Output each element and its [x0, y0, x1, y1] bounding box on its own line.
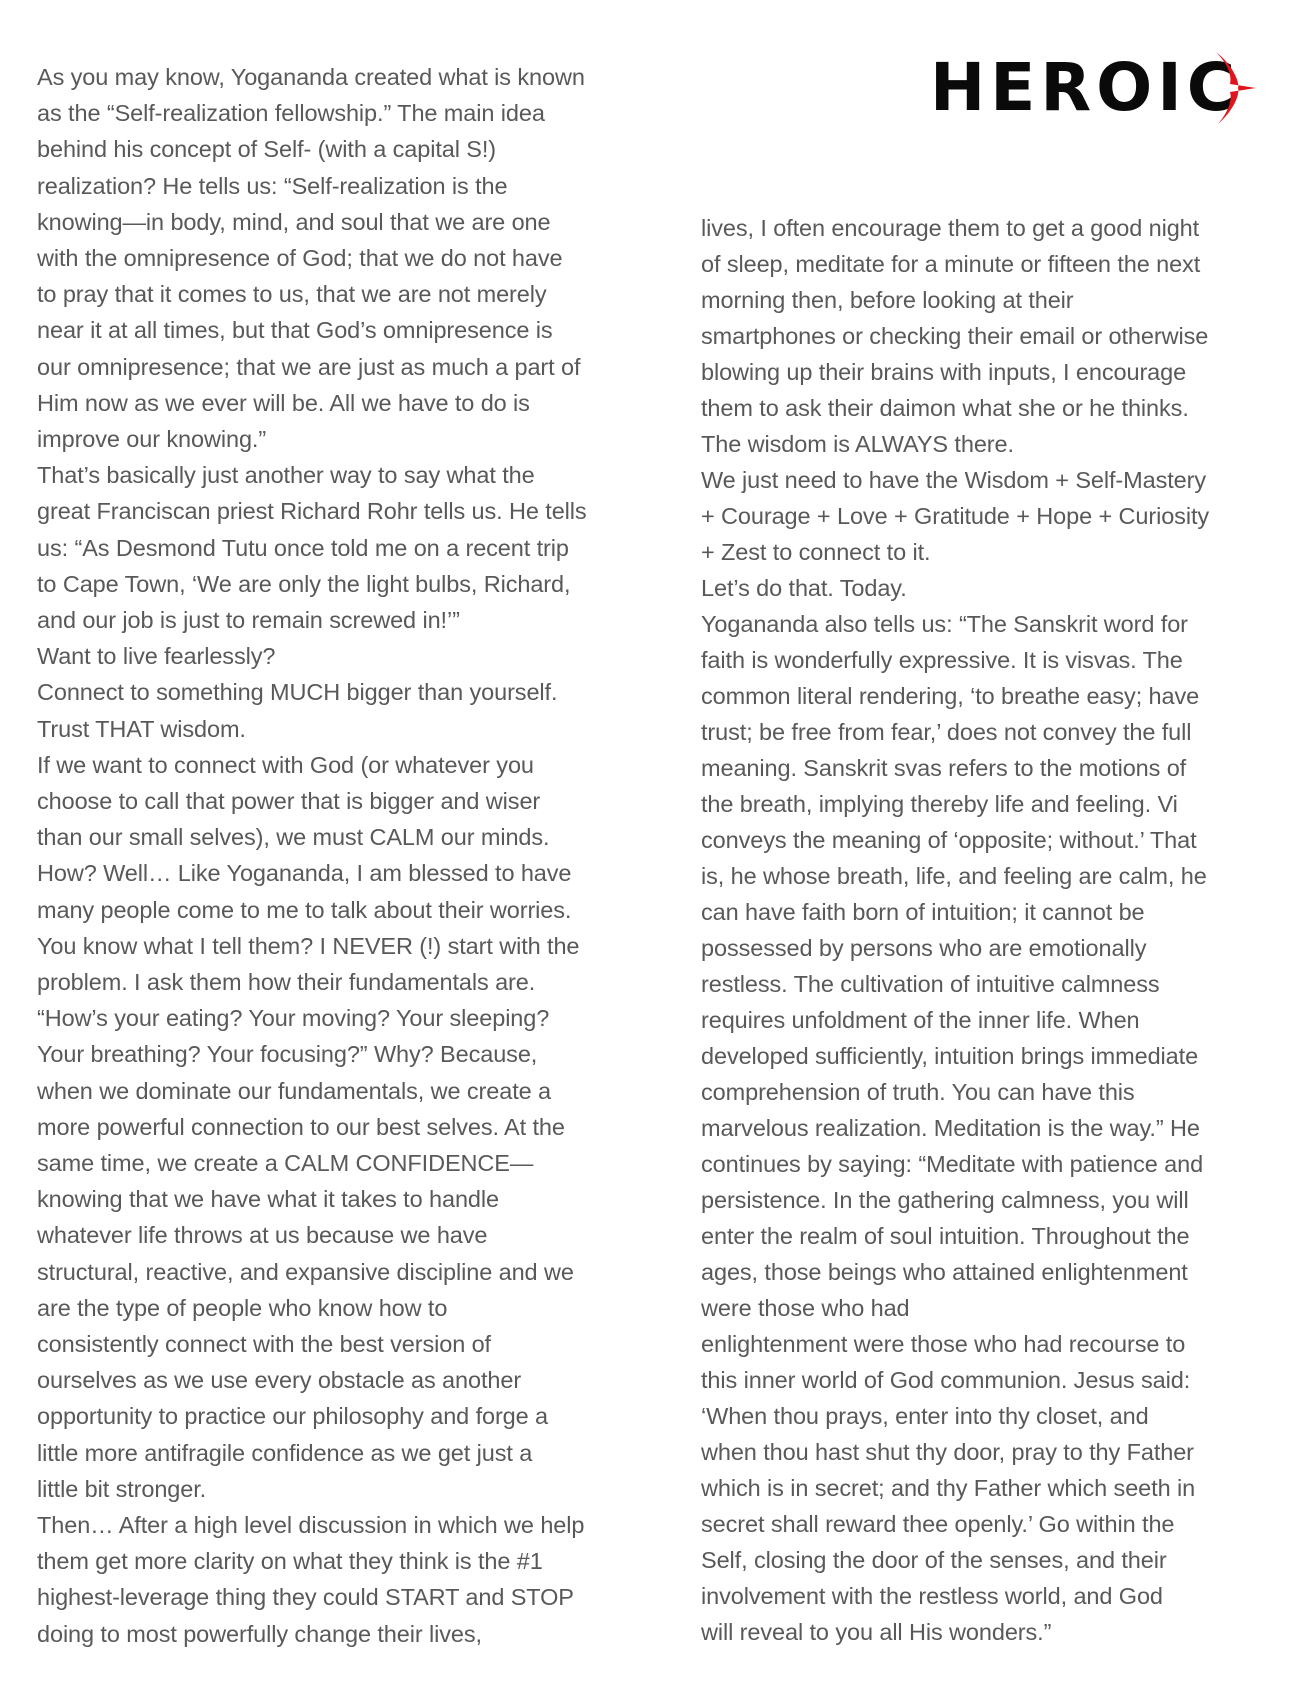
text-line: persistence. In the gathering calmness, … — [701, 1182, 1189, 1218]
text-line: trust; be free from fear,’ does not conv… — [701, 714, 1191, 750]
logo-wordmark: HEROIC — [930, 55, 1240, 121]
text-line: meaning. Sanskrit svas refers to the mot… — [701, 750, 1186, 786]
text-line: same time, we create a CALM CONFIDENCE— — [37, 1145, 533, 1181]
text-line: blowing up their brains with inputs, I e… — [701, 354, 1186, 390]
text-line: to Cape Town, ‘We are only the light bul… — [37, 566, 570, 602]
text-line: common literal rendering, ‘to breathe ea… — [701, 678, 1199, 714]
text-line: doing to most powerfully change their li… — [37, 1616, 482, 1652]
text-line: ages, those beings who attained enlighte… — [701, 1254, 1188, 1290]
text-line: + Zest to connect to it. — [701, 534, 930, 570]
text-line: when we dominate our fundamentals, we cr… — [37, 1073, 551, 1109]
text-line: + Courage + Love + Gratitude + Hope + Cu… — [701, 498, 1209, 534]
text-line: is, he whose breath, life, and feeling a… — [701, 858, 1207, 894]
text-line: structural, reactive, and expansive disc… — [37, 1254, 574, 1290]
text-line: choose to call that power that is bigger… — [37, 783, 540, 819]
text-line: Trust THAT wisdom. — [37, 711, 246, 747]
text-line: to pray that it comes to us, that we are… — [37, 276, 547, 312]
text-line: improve our knowing.” — [37, 421, 266, 457]
text-line: lives, I often encourage them to get a g… — [701, 210, 1199, 246]
text-line: near it at all times, but that God’s omn… — [37, 312, 553, 348]
text-line: are the type of people who know how to — [37, 1290, 447, 1326]
text-line: smartphones or checking their email or o… — [701, 318, 1208, 354]
document-page: HEROIC As you may know, Yogananda create… — [0, 0, 1305, 1684]
text-line: restless. The cultivation of intuitive c… — [701, 966, 1160, 1002]
text-line: when thou hast shut thy door, pray to th… — [701, 1434, 1194, 1470]
text-line: ourselves as we use every obstacle as an… — [37, 1362, 521, 1398]
text-line: As you may know, Yogananda created what … — [37, 59, 585, 95]
text-line: highest-leverage thing they could START … — [37, 1579, 574, 1615]
text-line: behind his concept of Self- (with a capi… — [37, 131, 496, 167]
text-line: them to ask their daimon what she or he … — [701, 390, 1189, 426]
text-line: involvement with the restless world, and… — [701, 1578, 1163, 1614]
text-line: as the “Self-realization fellowship.” Th… — [37, 95, 545, 131]
text-line: “How’s your eating? Your moving? Your sl… — [37, 1000, 549, 1036]
text-line: Your breathing? Your focusing?” Why? Bec… — [37, 1036, 537, 1072]
heroic-bird-icon — [1212, 50, 1260, 126]
text-line: Self, closing the door of the senses, an… — [701, 1542, 1167, 1578]
text-line: the breath, implying thereby life and fe… — [701, 786, 1178, 822]
text-line: realization? He tells us: “Self-realizat… — [37, 168, 507, 204]
text-line: Yogananda also tells us: “The Sanskrit w… — [701, 606, 1188, 642]
text-line: Him now as we ever will be. All we have … — [37, 385, 530, 421]
text-line: If we want to connect with God (or whate… — [37, 747, 534, 783]
text-line: can have faith born of intuition; it can… — [701, 894, 1145, 930]
text-line: this inner world of God communion. Jesus… — [701, 1362, 1190, 1398]
text-line: possessed by persons who are emotionally — [701, 930, 1146, 966]
text-line: That’s basically just another way to say… — [37, 457, 535, 493]
text-line: problem. I ask them how their fundamenta… — [37, 964, 535, 1000]
text-line: secret shall reward thee openly.’ Go wit… — [701, 1506, 1174, 1542]
text-line: more powerful connection to our best sel… — [37, 1109, 565, 1145]
text-line: our omnipresence; that we are just as mu… — [37, 349, 580, 385]
text-line: How? Well… Like Yogananda, I am blessed … — [37, 855, 571, 891]
text-line: marvelous realization. Meditation is the… — [701, 1110, 1200, 1146]
text-line: many people come to me to talk about the… — [37, 892, 571, 928]
text-line: were those who had — [701, 1290, 910, 1326]
text-line: little more antifragile confidence as we… — [37, 1435, 532, 1471]
text-line: and our job is just to remain screwed in… — [37, 602, 460, 638]
text-line: requires unfoldment of the inner life. W… — [701, 1002, 1140, 1038]
text-line: conveys the meaning of ‘opposite; withou… — [701, 822, 1197, 858]
text-line: us: “As Desmond Tutu once told me on a r… — [37, 530, 569, 566]
text-line: Want to live fearlessly? — [37, 638, 275, 674]
text-line: whatever life throws at us because we ha… — [37, 1217, 487, 1253]
text-line: enlightenment were those who had recours… — [701, 1326, 1185, 1362]
text-line: ‘When thou prays, enter into thy closet,… — [701, 1398, 1149, 1434]
text-line: We just need to have the Wisdom + Self-M… — [701, 462, 1206, 498]
text-line: comprehension of truth. You can have thi… — [701, 1074, 1135, 1110]
text-line: faith is wonderfully expressive. It is v… — [701, 642, 1183, 678]
text-line: developed sufficiently, intuition brings… — [701, 1038, 1198, 1074]
text-line: Then… After a high level discussion in w… — [37, 1507, 584, 1543]
text-line: continues by saying: “Meditate with pati… — [701, 1146, 1203, 1182]
text-line: knowing that we have what it takes to ha… — [37, 1181, 499, 1217]
text-line: morning then, before looking at their — [701, 282, 1074, 318]
text-line: opportunity to practice our philosophy a… — [37, 1398, 548, 1434]
text-line: them get more clarity on what they think… — [37, 1543, 543, 1579]
text-line: with the omnipresence of God; that we do… — [37, 240, 562, 276]
text-line: The wisdom is ALWAYS there. — [701, 426, 1014, 462]
text-line: Connect to something MUCH bigger than yo… — [37, 674, 557, 710]
text-line: of sleep, meditate for a minute or fifte… — [701, 246, 1200, 282]
text-line: You know what I tell them? I NEVER (!) s… — [37, 928, 579, 964]
text-line: Let’s do that. Today. — [701, 570, 907, 606]
text-line: consistently connect with the best versi… — [37, 1326, 491, 1362]
heroic-logo: HEROIC — [930, 48, 1260, 128]
text-line: which is in secret; and thy Father which… — [701, 1470, 1195, 1506]
text-line: will reveal to you all His wonders.” — [701, 1614, 1051, 1650]
text-line: knowing—in body, mind, and soul that we … — [37, 204, 550, 240]
text-line: little bit stronger. — [37, 1471, 206, 1507]
text-line: than our small selves), we must CALM our… — [37, 819, 549, 855]
text-line: great Franciscan priest Richard Rohr tel… — [37, 493, 587, 529]
text-line: enter the realm of soul intuition. Throu… — [701, 1218, 1189, 1254]
